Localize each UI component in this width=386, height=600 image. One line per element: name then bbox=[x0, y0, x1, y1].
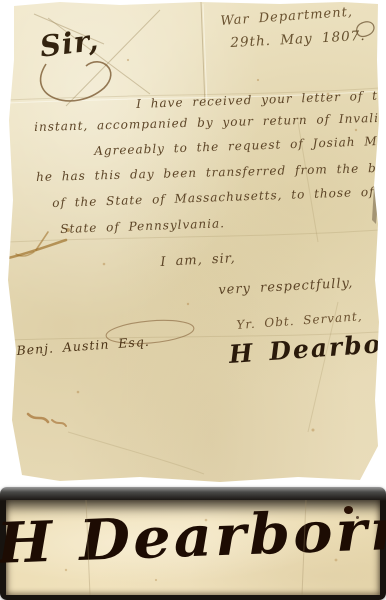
stain-branch bbox=[8, 232, 66, 258]
salutation: Sir, bbox=[38, 23, 101, 64]
stain-squiggle bbox=[28, 414, 66, 426]
salutation-flourish bbox=[41, 62, 111, 101]
signature-strip-frame: H Dearborn bbox=[0, 487, 386, 600]
letter-page: War Department, 29th. May 1807. Sir, I h… bbox=[8, 2, 379, 483]
scanned-letter-listing-image: War Department, 29th. May 1807. Sir, I h… bbox=[0, 0, 386, 600]
strip-texture-overlay bbox=[6, 500, 380, 595]
signature-strip-paper: H Dearborn bbox=[6, 500, 380, 595]
paper-texture-overlay bbox=[8, 2, 379, 483]
